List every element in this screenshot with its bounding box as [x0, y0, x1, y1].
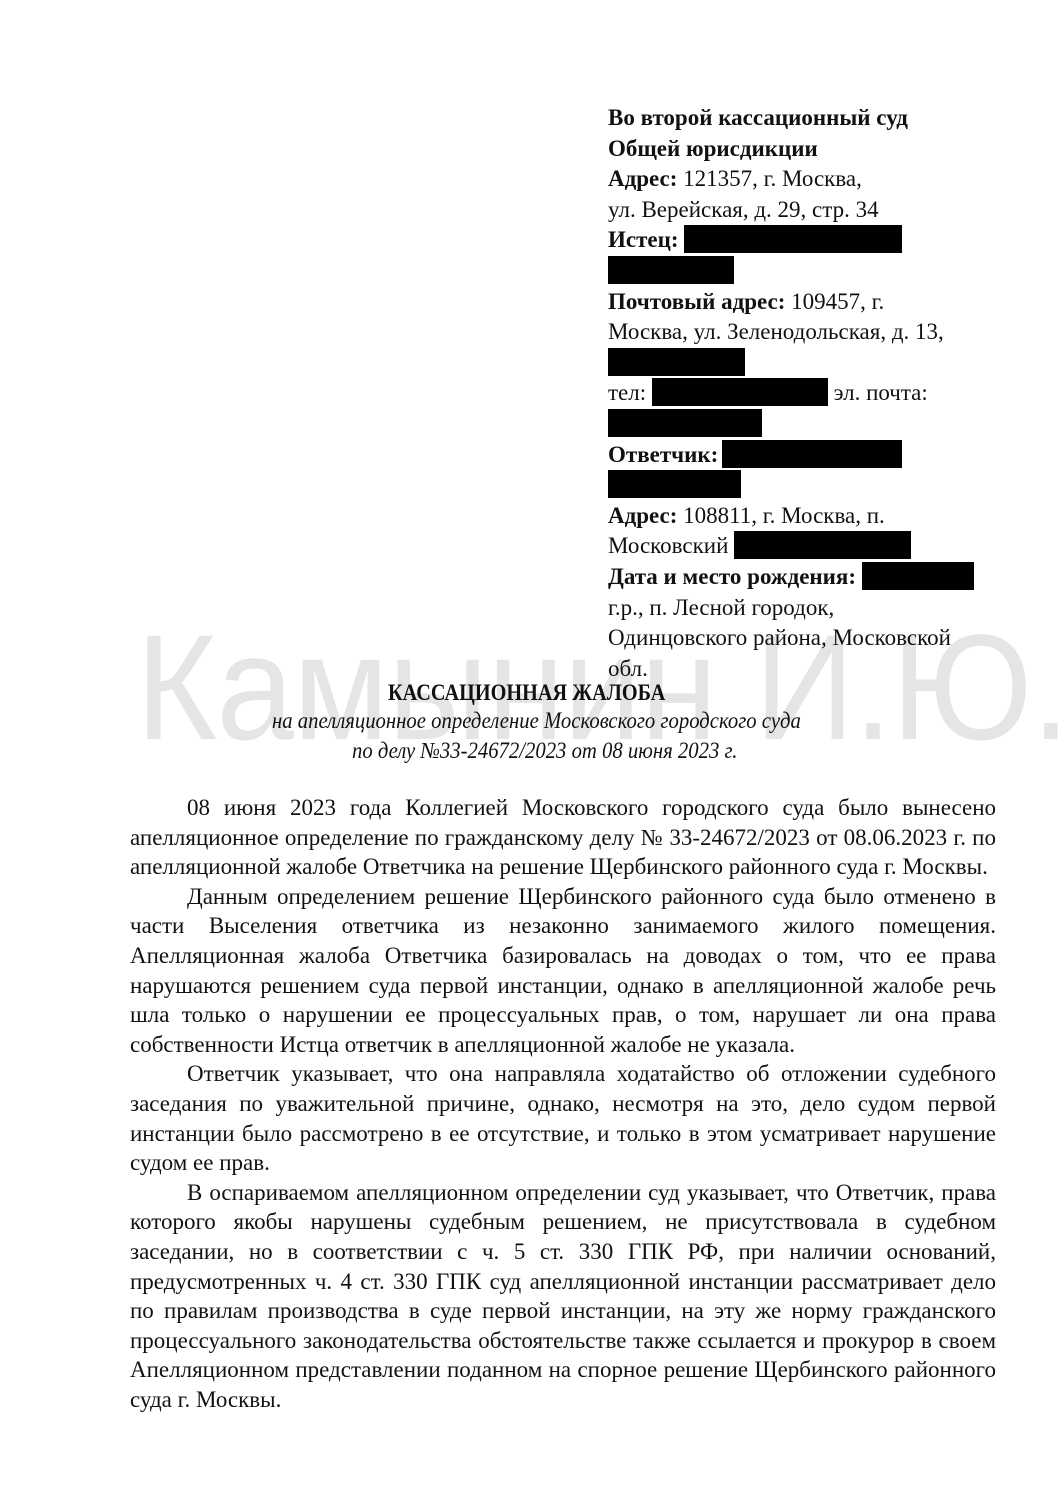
defendant-line: Ответчик: [608, 440, 1028, 471]
phone-label: тел: [608, 380, 646, 405]
postal-address-line1: Почтовый адрес: 109457, г. [608, 287, 1028, 318]
court-name-line2: Общей юрисдикции [608, 134, 1028, 165]
addressee-block: Во второй кассационный суд Общей юрисдик… [608, 103, 1028, 684]
postal-address-line2: Москва, ул. Зеленодольская, д. 13, [608, 317, 1028, 348]
redacted-email [608, 409, 762, 437]
redacted-defendant-name-cont [608, 470, 741, 498]
postal-address-label: Почтовый адрес: [608, 289, 785, 314]
document-subtitle-line1: на апелляционное определение Московского… [272, 706, 801, 736]
redacted-plaintiff-name [684, 225, 902, 253]
document-body: 08 июня 2023 года Коллегией Московского … [130, 793, 996, 1414]
plaintiff-label: Истец: [608, 227, 679, 252]
redacted-defendant-name [722, 440, 902, 468]
birth-label: Дата и место рождения: [608, 564, 856, 589]
redacted-plaintiff-name-cont [608, 256, 734, 284]
defendant-label: Ответчик: [608, 442, 718, 467]
email-label: эл. почта: [828, 380, 928, 405]
document-title: КАССАЦИОННАЯ ЖАЛОБА [388, 678, 665, 708]
paragraph-3: Ответчик указывает, что она направляла х… [130, 1059, 996, 1177]
court-address-label: Адрес: [608, 166, 677, 191]
defendant-address-line1: Адрес: 108811, г. Москва, п. [608, 501, 1028, 532]
defendant-address-line2: Московский [608, 531, 1028, 562]
redacted-postal-detail [608, 348, 745, 376]
birth-place-line1: г.р., п. Лесной городок, [608, 593, 1028, 624]
defendant-address-label: Адрес: [608, 503, 677, 528]
plaintiff-line: Истец: [608, 225, 1028, 256]
redacted-defendant-address [734, 531, 911, 559]
birth-place-line2: Одинцовского района, Московской [608, 623, 1028, 654]
contact-line: тел: эл. почта: [608, 378, 1028, 409]
birth-line: Дата и место рождения: [608, 562, 1028, 593]
redacted-birth-date [862, 562, 974, 590]
redacted-phone [652, 378, 828, 406]
court-name-line1: Во второй кассационный суд [608, 103, 1028, 134]
paragraph-4: В оспариваемом апелляционном определении… [130, 1178, 996, 1415]
court-address-line1: Адрес: 121357, г. Москва, [608, 164, 1028, 195]
paragraph-2: Данным определением решение Щербинского … [130, 882, 996, 1060]
document-subtitle-line2: по делу №33-24672/2023 от 08 июня 2023 г… [352, 736, 737, 766]
paragraph-1: 08 июня 2023 года Коллегией Московского … [130, 793, 996, 882]
birth-place-line3: обл. [608, 654, 1028, 685]
court-address-line2: ул. Верейская, д. 29, стр. 34 [608, 195, 1028, 226]
